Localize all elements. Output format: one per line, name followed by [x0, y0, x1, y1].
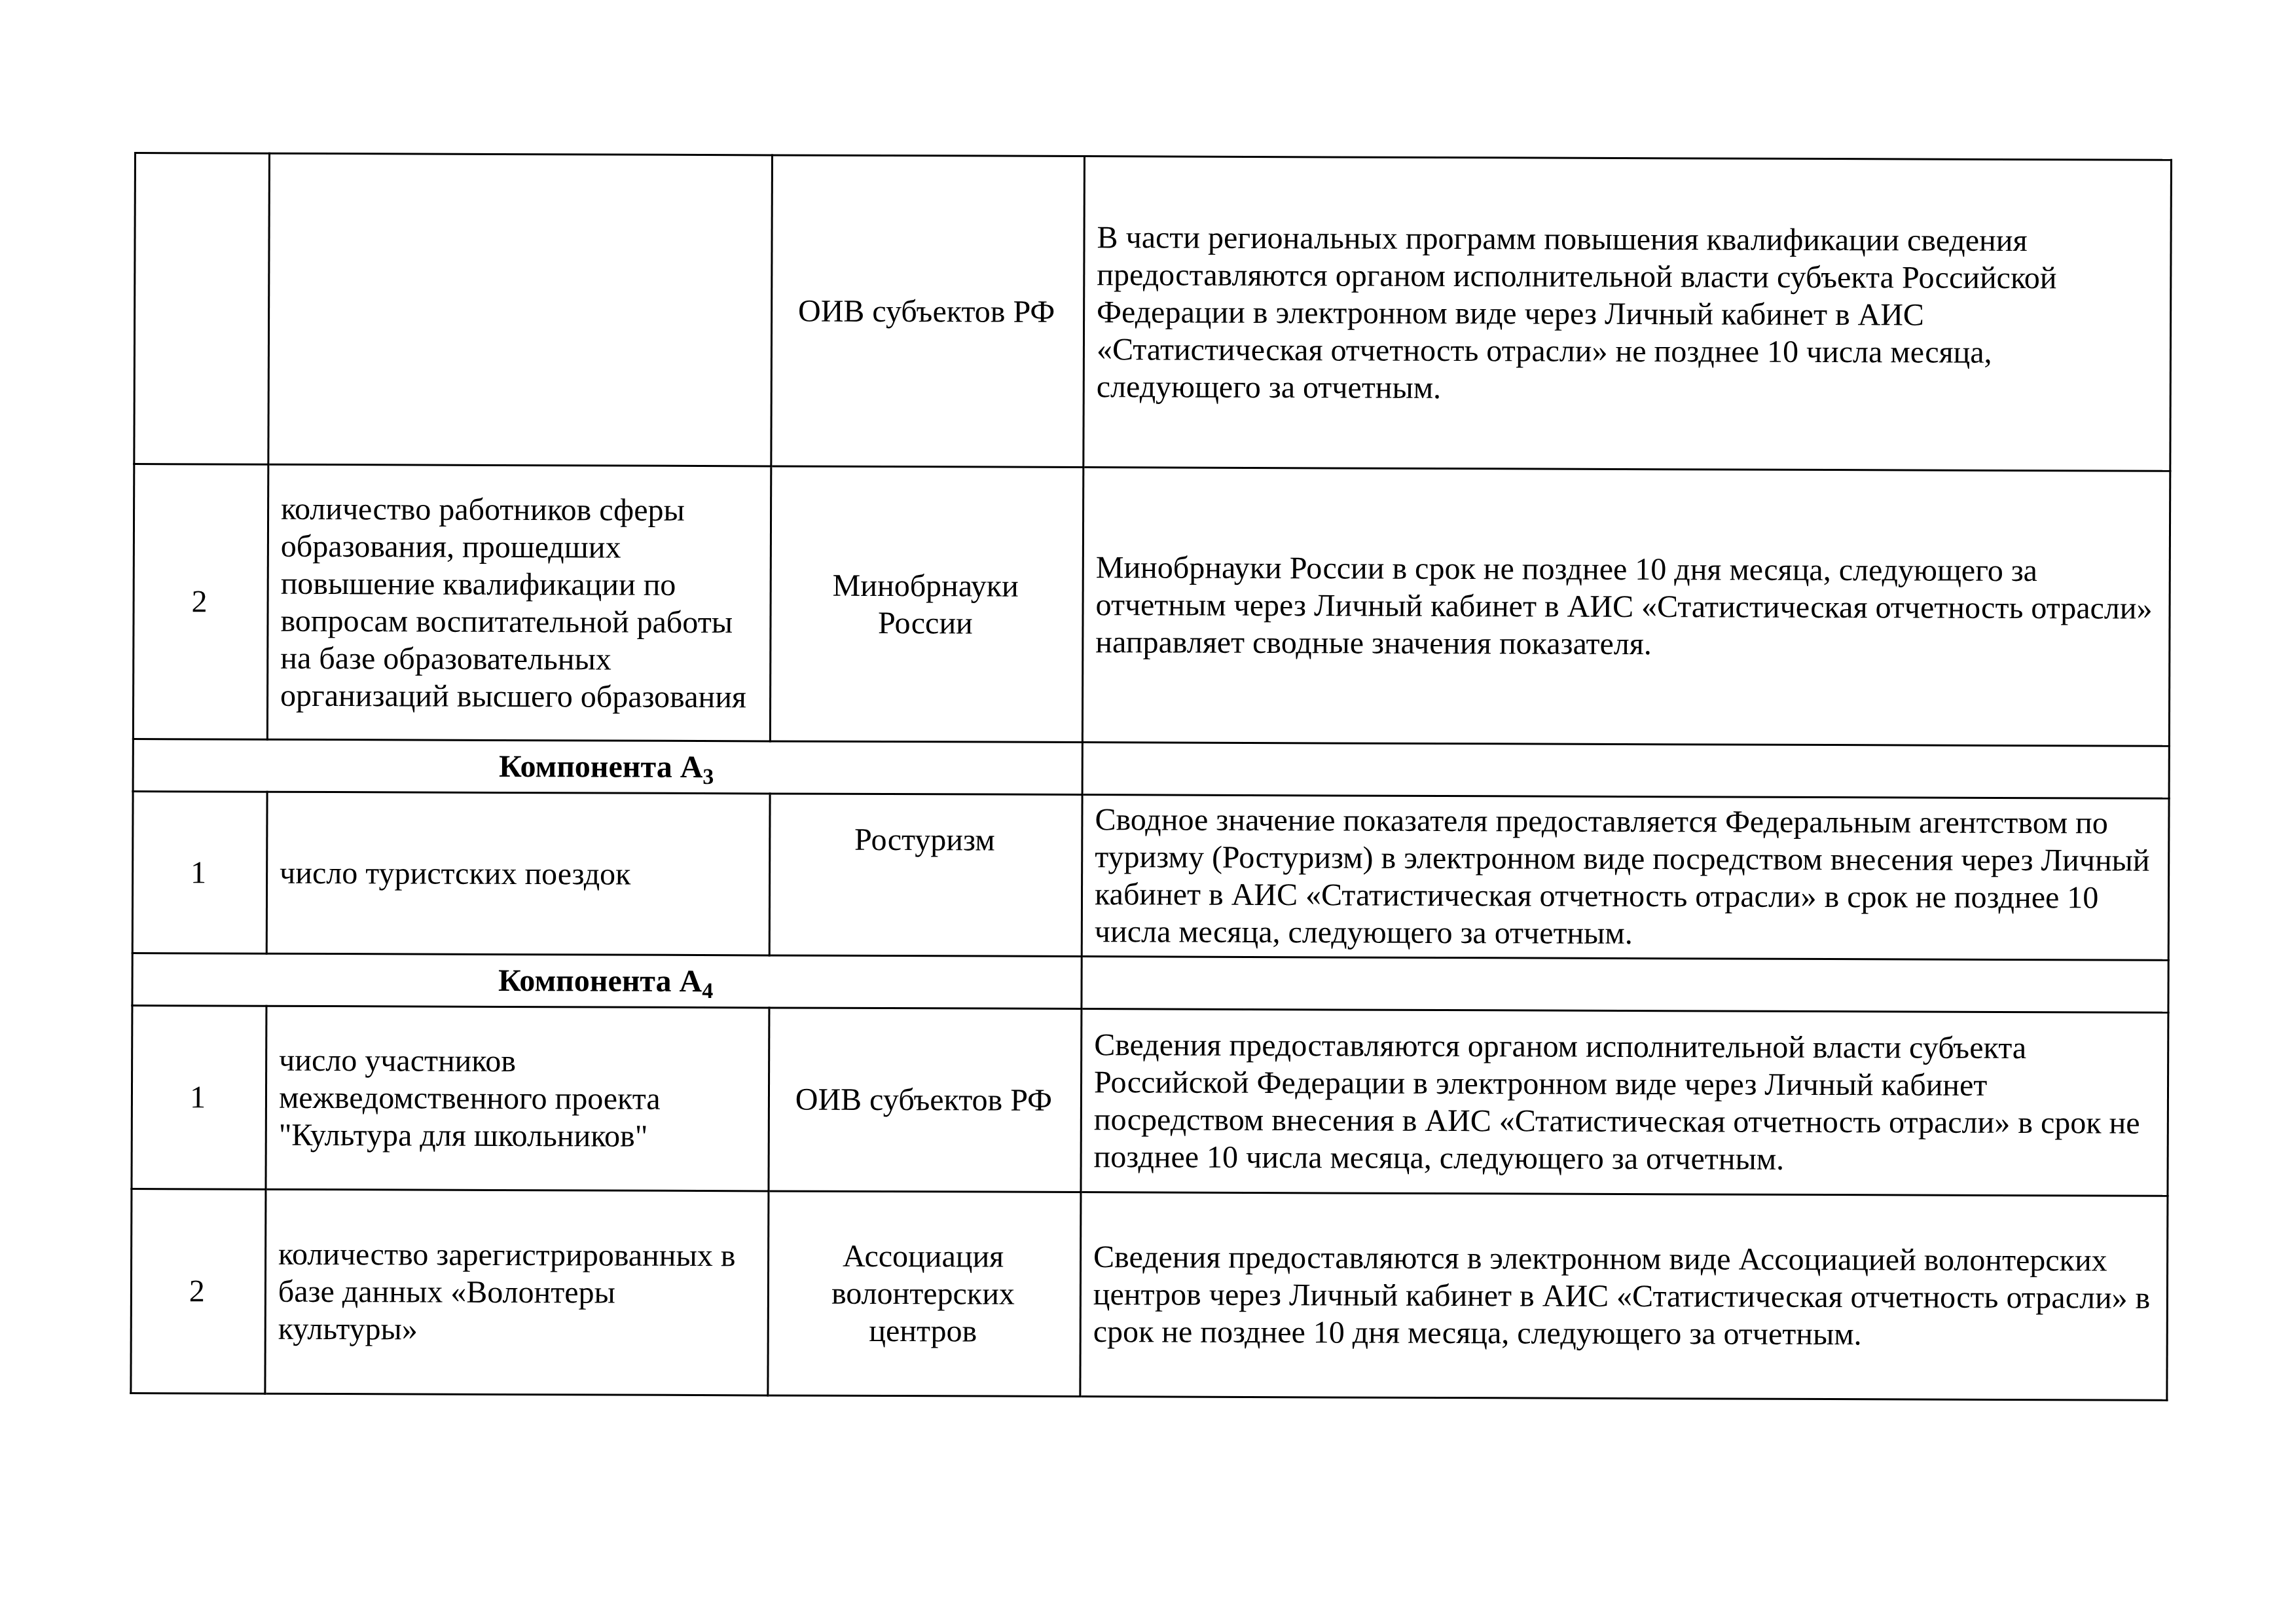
section-empty-cell [1082, 957, 2168, 1013]
table-row: 2 количество работников сферы образовани… [133, 464, 2170, 747]
table-row: 1 число туристских поездок Ростуризм Сво… [132, 791, 2169, 960]
row-number: 2 [131, 1189, 266, 1393]
indicator-name: количество зарегистрированных в базе дан… [265, 1189, 769, 1395]
table-row: 1 число участников межведомственного про… [132, 1005, 2168, 1196]
row-number [134, 153, 270, 465]
reporting-procedure: Сводное значение показателя предоставляе… [1082, 795, 2169, 961]
reporting-procedure: Сведения предоставляются в электронном в… [1080, 1192, 2168, 1401]
row-number: 2 [133, 464, 268, 740]
section-title-subscript: 4 [702, 979, 713, 1003]
indicator-name: количество работников сферы образования,… [267, 464, 771, 741]
data-source: Ассоциация волонтерских центров [768, 1191, 1081, 1397]
section-title-subscript: 3 [702, 765, 714, 789]
data-source: ОИВ субъектов РФ [769, 1008, 1082, 1192]
indicator-name [268, 153, 773, 466]
table-row: ОИВ субъектов РФ В части региональных пр… [134, 153, 2172, 471]
row-number: 1 [132, 1005, 266, 1189]
reporting-procedure: Минобрнауки России в срок не позднее 10 … [1082, 468, 2170, 747]
indicators-table: ОИВ субъектов РФ В части региональных пр… [130, 152, 2172, 1401]
indicator-name: число участников межведомственного проек… [266, 1006, 769, 1191]
table-row: 2 количество зарегистрированных в базе д… [131, 1189, 2168, 1400]
section-title: Компонента А4 [132, 953, 1082, 1008]
data-source: Минобрнауки России [770, 466, 1083, 743]
section-title-text: Компонента А [499, 749, 702, 784]
indicator-name: число туристских поездок [266, 792, 770, 955]
data-source: Ростуризм [769, 794, 1082, 957]
data-source: ОИВ субъектов РФ [771, 155, 1085, 468]
section-title-text: Компонента А [498, 963, 702, 999]
section-header-a4: Компонента А4 [132, 953, 2168, 1012]
reporting-procedure: В части региональных программ повышения … [1084, 157, 2172, 471]
section-header-a3: Компонента А3 [133, 739, 2169, 798]
section-title: Компонента А3 [133, 739, 1082, 794]
row-number: 1 [132, 791, 267, 953]
section-empty-cell [1082, 743, 2169, 799]
document-page: ОИВ субъектов РФ В части региональных пр… [0, 0, 2296, 1624]
reporting-procedure: Сведения предоставляются органом исполни… [1081, 1009, 2168, 1196]
